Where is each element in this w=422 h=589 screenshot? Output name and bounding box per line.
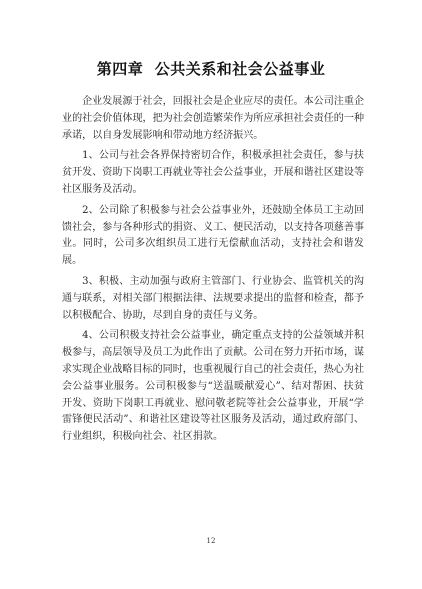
document-page: 第四章 公共关系和社会公益事业 企业发展源于社会，回报社会是企业应尽的责任。本公… <box>0 0 422 589</box>
paragraph-item-2: 2、公司除了积极参与社会公益事业外，还鼓励全体员工主动回馈社会，参与各种形式的捐… <box>62 203 364 270</box>
paragraph-item-1: 1、公司与社会各界保持密切合作，积极承担社会责任，参与扶贫开发、资助下岗职工再就… <box>62 148 364 198</box>
paragraph-item-3: 3、积极、主动加强与政府主管部门、行业协会、监管机关的沟通与联系，对相关部门根据… <box>62 274 364 324</box>
body-text: 企业发展源于社会，回报社会是企业应尽的责任。本公司注重企业的社会价值体现，把为社… <box>62 94 364 450</box>
paragraph-item-4: 4、公司积极支持社会公益事业，确定重点支持的公益领域并积极参与，高层领导及员工为… <box>62 328 364 446</box>
paragraph-intro: 企业发展源于社会，回报社会是企业应尽的责任。本公司注重企业的社会价值体现，把为社… <box>62 94 364 144</box>
page-number: 12 <box>0 537 422 545</box>
chapter-title: 第四章 公共关系和社会公益事业 <box>0 58 422 79</box>
